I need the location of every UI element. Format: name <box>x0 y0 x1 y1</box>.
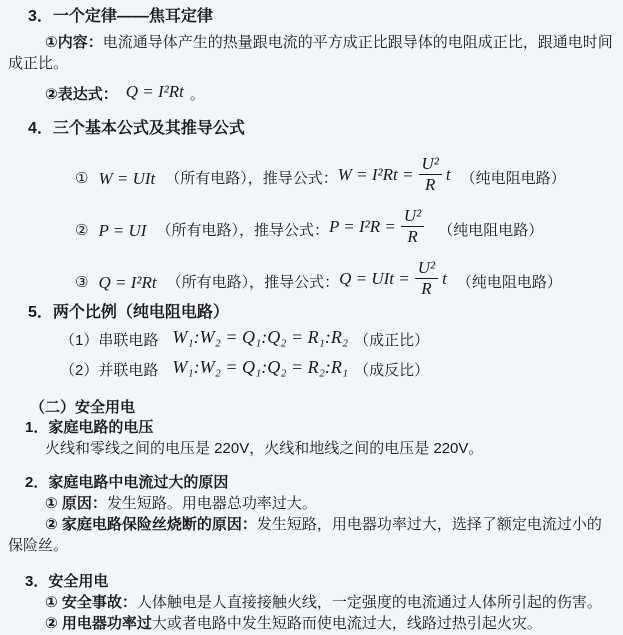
formula-row-1-scope: （所有电路），推导公式： <box>165 167 338 192</box>
safety-item-1-text: 人体触电是人直接接触火线，一定强度的电流通过人体所引起的伤害。 <box>137 594 602 611</box>
safety-item-2: ② 用电器功率过大或者电路中发生短路而使电流过大，线路过热引起火灾。 <box>8 613 613 634</box>
ratio-row-parallel: （2）并联电路 W₁:W₂ = Q₁:Q₂ = R₂:R₁ （成反比） <box>60 354 613 384</box>
safety-item-1-label: ① 安全事故： <box>45 594 137 611</box>
formula-row-1-number: ① <box>75 169 88 192</box>
derived-trail: t <box>446 165 451 185</box>
fraction-denominator: R <box>407 227 417 246</box>
overcurrent-item-1-label: ① 原因： <box>45 495 107 512</box>
formula-row-3-base: Q = I²Rt <box>98 273 156 296</box>
joule-content-paragraph: ①内容：电流通导体产生的热量跟电流的平方成正比跟导体的电阻成正比，跟通电时间成正… <box>8 32 613 74</box>
formula-row-3: ③ Q = I²Rt （所有电路），推导公式： Q = UIt = U² R t… <box>75 246 613 296</box>
heading-household-voltage: 1．家庭电路的电压 <box>25 418 613 438</box>
safety-item-2-text: 大或者电路中发生短路而使电流过大，线路过热引起火灾。 <box>152 615 542 632</box>
fraction-numerator: U² <box>415 259 438 279</box>
fraction: U² R <box>415 259 438 298</box>
safety-item-2-label: ② 用电器功率过 <box>45 615 152 632</box>
ratio-row-series-formula: W₁:W₂ = Q₁:Q₂ = R₁:R₂ <box>172 327 348 348</box>
formula-row-2: ② P = UI （所有电路），推导公式： P = I²R = U² R （纯电… <box>75 194 613 244</box>
derived-lead: W = I²Rt = <box>338 165 414 185</box>
heading-safe-electricity: 3．安全用电 <box>25 572 613 592</box>
heading-overcurrent-causes: 2．家庭电路中电流过大的原因 <box>25 473 613 493</box>
formula-row-2-base: P = UI <box>98 221 146 244</box>
heading-basic-formulas: 4．三个基本公式及其推导公式 <box>28 118 613 140</box>
heading-two-ratios: 5．两个比例（纯电阻电路） <box>28 302 613 324</box>
derived-lead: Q = UIt = <box>339 269 410 289</box>
overcurrent-item-1-text: 发生短路。用电器总功率过大。 <box>107 495 317 512</box>
formula-row-2-scope: （所有电路），推导公式： <box>156 219 329 244</box>
safety-item-1: ① 安全事故：人体触电是人直接接触火线，一定强度的电流通过人体所引起的伤害。 <box>8 592 613 613</box>
fraction-denominator: R <box>421 279 431 298</box>
ratio-row-series-label: （1）串联电路 <box>60 329 158 350</box>
fraction-numerator: U² <box>419 155 442 175</box>
formula-row-3-note: （纯电阻电路） <box>457 271 562 296</box>
fraction-numerator: U² <box>401 207 424 227</box>
formula-row-1: ① W = UIt （所有电路），推导公式： W = I²Rt = U² R t… <box>75 142 613 192</box>
formula-row-2-derived: P = I²R = U² R <box>329 207 428 246</box>
fraction: U² R <box>401 207 424 246</box>
heading-joule-law: 3．一个定律――焦耳定律 <box>28 6 613 28</box>
joule-content-label: ①内容： <box>45 34 103 51</box>
formula-row-3-number: ③ <box>75 273 88 296</box>
formula-row-2-note: （纯电阻电路） <box>438 219 543 244</box>
ratio-row-parallel-label: （2）并联电路 <box>60 359 158 380</box>
formula-row-1-derived: W = I²Rt = U² R t <box>338 155 451 194</box>
formula-row-1-note: （纯电阻电路） <box>461 167 566 192</box>
fraction-denominator: R <box>425 175 435 194</box>
ratio-row-parallel-formula: W₁:W₂ = Q₁:Q₂ = R₂:R₁ <box>172 357 348 378</box>
overcurrent-item-1: ① 原因：发生短路。用电器总功率过大。 <box>8 493 613 514</box>
formula-row-2-number: ② <box>75 221 88 244</box>
joule-expression-label: ②表达式： <box>45 83 118 104</box>
ratio-row-parallel-note: （成反比） <box>354 359 429 380</box>
derived-lead: P = I²R = <box>329 217 396 237</box>
document-page: 3．一个定律――焦耳定律 ①内容：电流通导体产生的热量跟电流的平方成正比跟导体的… <box>0 0 623 634</box>
joule-expression-period: 。 <box>190 83 205 104</box>
heading-safety-part: （二）安全用电 <box>30 398 613 418</box>
joule-expression-row: ②表达式： Q = I²Rt 。 <box>45 80 613 106</box>
derived-trail: t <box>442 269 447 289</box>
overcurrent-item-2-label: ② 家庭电路保险丝烧断的原因： <box>45 516 257 533</box>
joule-expression-formula: Q = I²Rt <box>126 82 184 102</box>
overcurrent-item-2: ② 家庭电路保险丝烧断的原因：发生短路，用电器功率过大，选择了额定电流过小的保险… <box>8 514 613 556</box>
ratio-row-series: （1）串联电路 W₁:W₂ = Q₁:Q₂ = R₁:R₂ （成正比） <box>60 324 613 354</box>
formula-row-3-derived: Q = UIt = U² R t <box>339 259 447 298</box>
ratio-row-series-note: （成正比） <box>354 329 429 350</box>
fraction: U² R <box>419 155 442 194</box>
household-voltage-text: 火线和零线之间的电压是 220V，火线和地线之间的电压是 220V。 <box>45 438 613 459</box>
formula-row-1-base: W = UIt <box>98 169 155 192</box>
formula-row-3-scope: （所有电路），推导公式： <box>167 271 340 296</box>
